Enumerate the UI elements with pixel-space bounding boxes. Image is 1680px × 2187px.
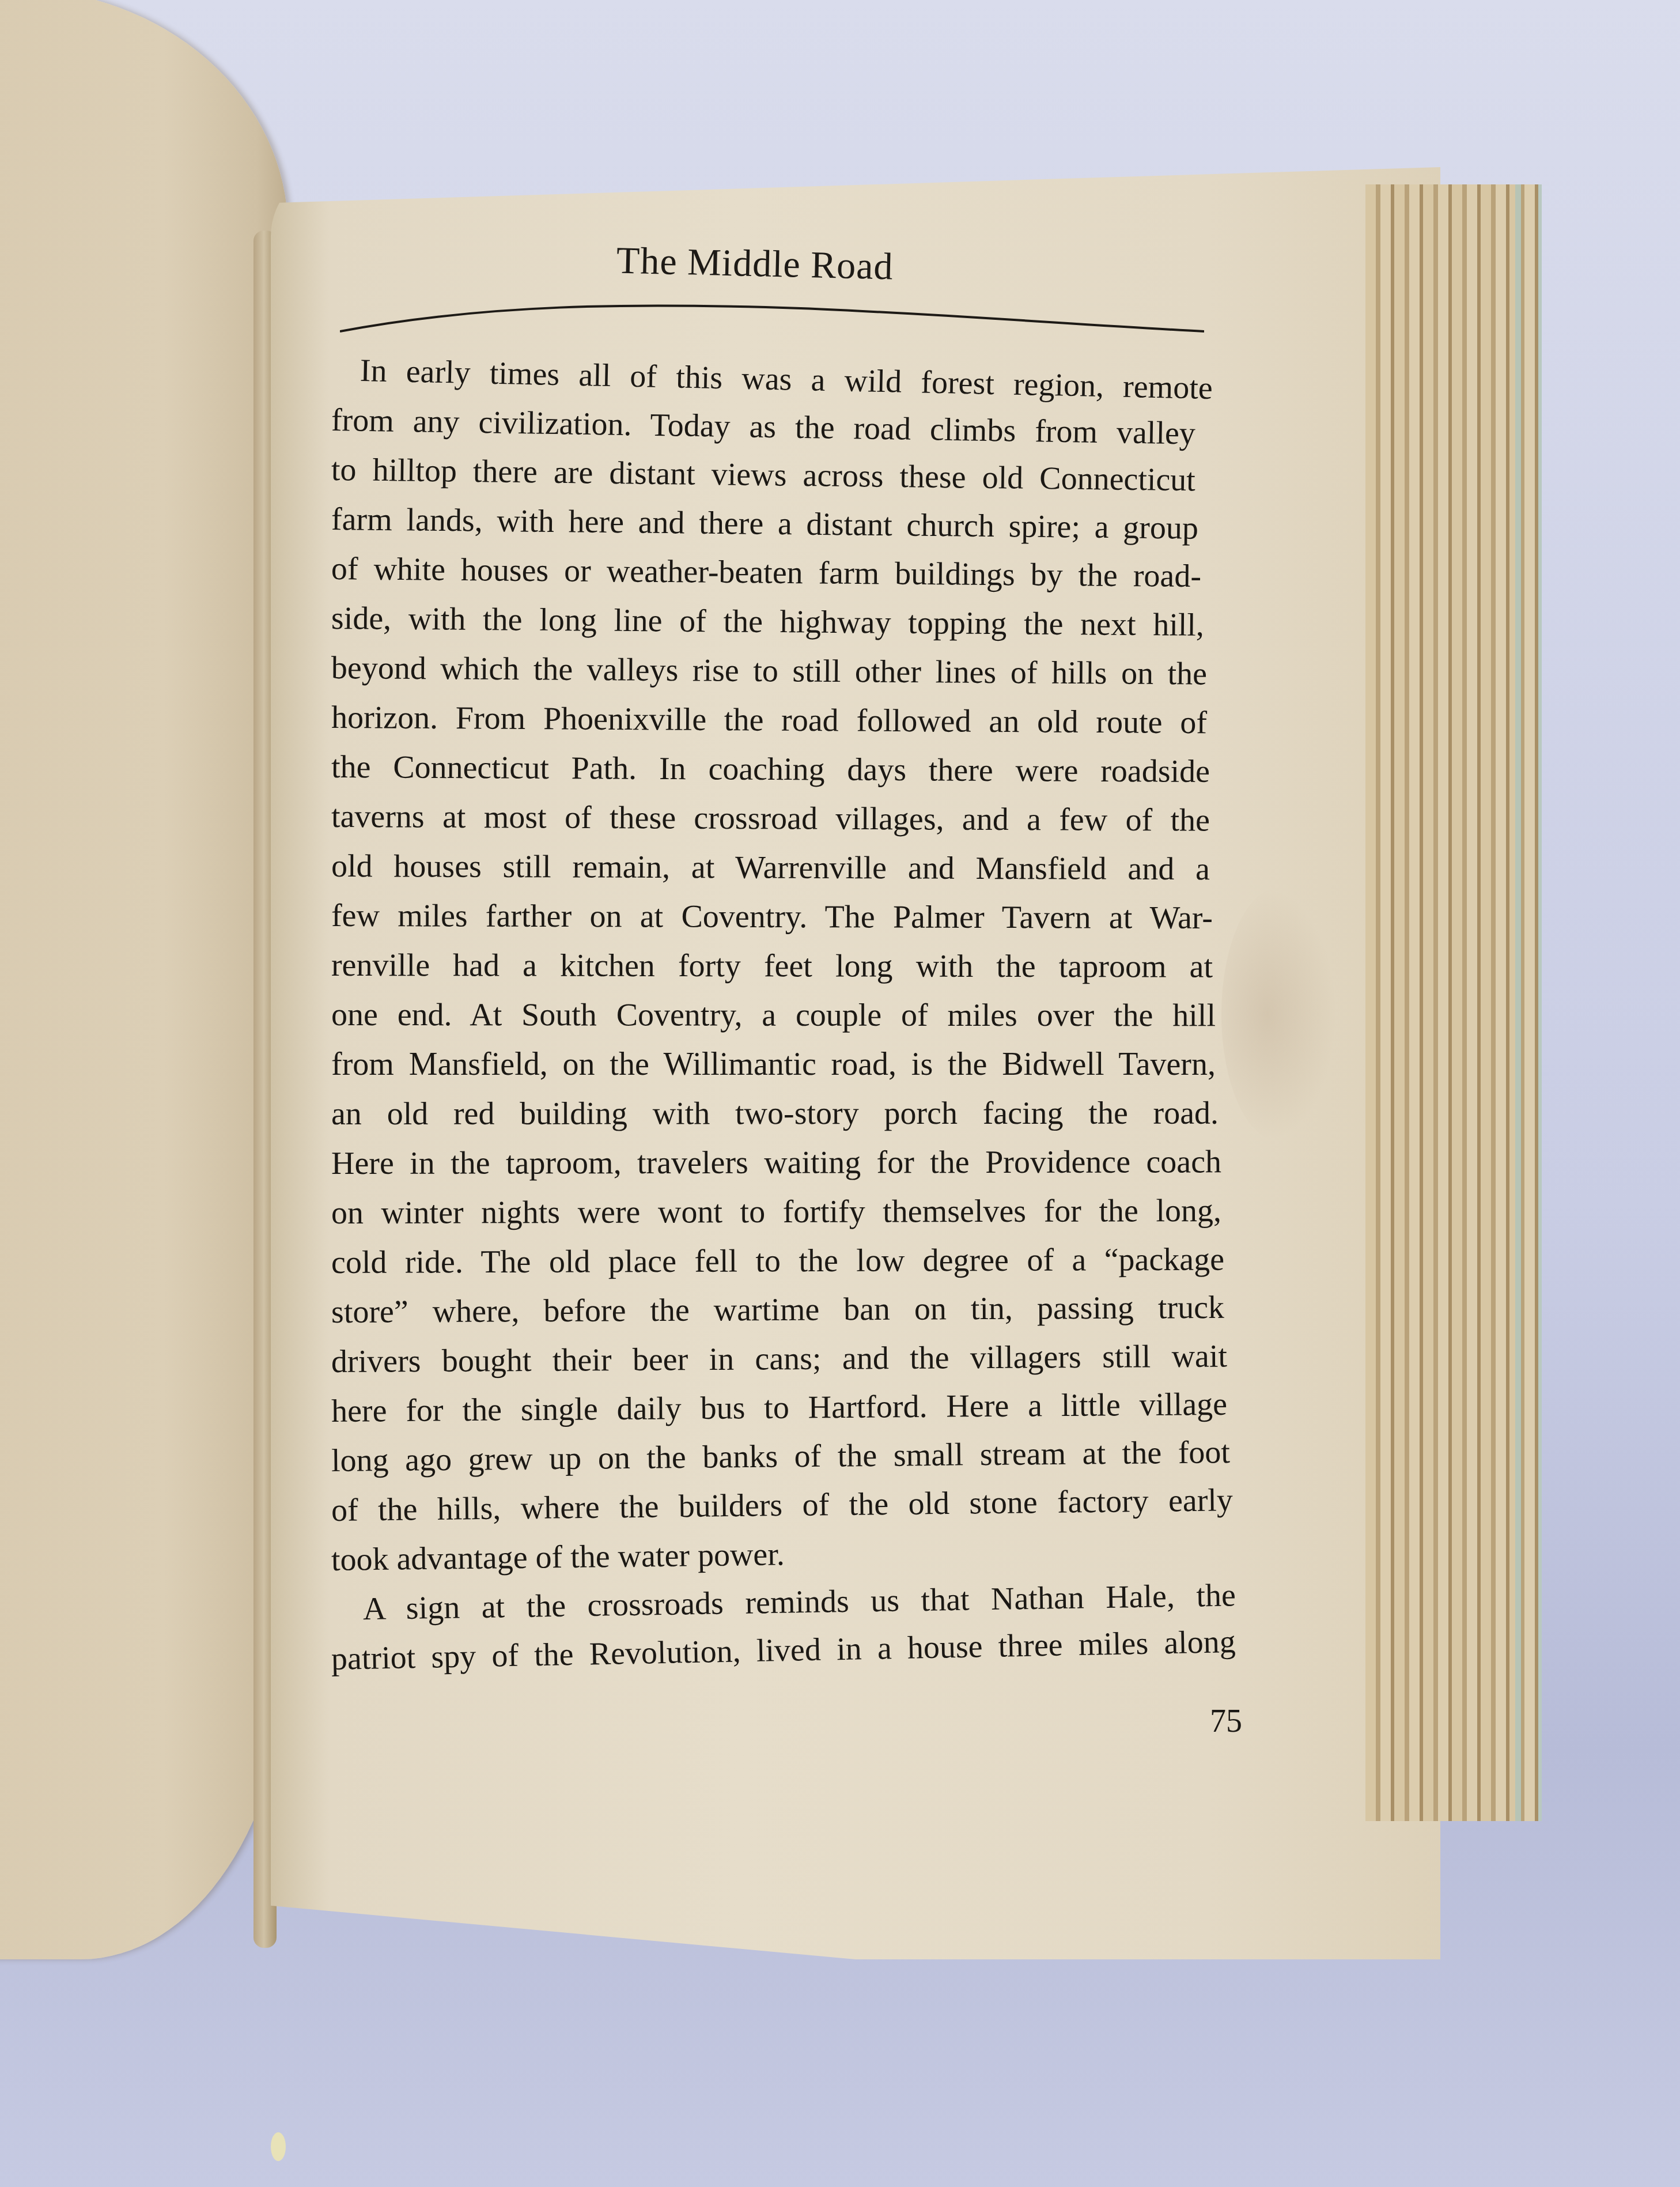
text-line: the Connecticut Path. In coaching days t… bbox=[331, 742, 1210, 796]
text-line: on winter nights were wont to fortify th… bbox=[331, 1186, 1221, 1238]
water-stain bbox=[1221, 887, 1337, 1141]
text-line: side, with the long line of the highway … bbox=[331, 594, 1205, 650]
text-line: drivers bought their beer in cans; and t… bbox=[331, 1332, 1227, 1387]
text-line: few miles farther on at Coventry. The Pa… bbox=[331, 891, 1213, 943]
page-number: 75 bbox=[1210, 1703, 1242, 1740]
text-line: old houses still remain, at Warrenville … bbox=[331, 841, 1210, 894]
text-line: horizon. From Phoenixville the road foll… bbox=[331, 693, 1207, 747]
debris-speck bbox=[271, 2132, 286, 2161]
header-rule bbox=[340, 300, 1204, 334]
text-line: one end. At South Coventry, a couple of … bbox=[331, 990, 1216, 1040]
running-head: The Middle Road bbox=[616, 239, 894, 289]
left-page bbox=[0, 0, 288, 1959]
text-line: farm lands, with here and there a distan… bbox=[331, 494, 1199, 553]
text-line: beyond which the valleys rise to still o… bbox=[331, 643, 1208, 699]
text-line: store” where, before the wartime ban on … bbox=[331, 1283, 1224, 1337]
text-line: renville had a kitchen forty feet long w… bbox=[331, 940, 1213, 992]
text-line: Here in the taproom, travelers waiting f… bbox=[331, 1137, 1221, 1188]
text-line: of white houses or weather-beaten farm b… bbox=[331, 544, 1202, 601]
text-line: an old red building with two-story porch… bbox=[331, 1089, 1219, 1139]
text-line: from Mansfield, on the Willimantic road,… bbox=[331, 1040, 1216, 1089]
body-text: In early times all of this was a wild fo… bbox=[331, 346, 1219, 1684]
page-edge-tint bbox=[1515, 184, 1521, 1821]
text-line: cold ride. The old place fell to the low… bbox=[331, 1235, 1224, 1287]
text-line: taverns at most of these crossroad villa… bbox=[331, 792, 1210, 845]
page-edges bbox=[1365, 184, 1542, 1821]
text-line: here for the single daily bus to Hartfor… bbox=[331, 1380, 1228, 1436]
